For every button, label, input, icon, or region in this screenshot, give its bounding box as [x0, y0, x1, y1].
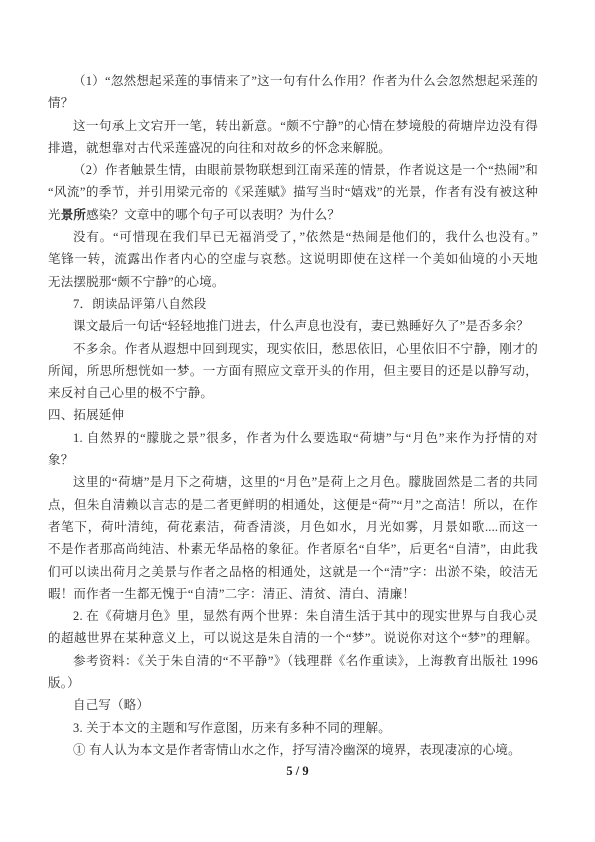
text-line: 版。）	[48, 672, 538, 694]
text-segment: 感染？文章中的哪个句子可以表明？为什么？	[86, 208, 340, 222]
page-number: 5 / 9	[0, 760, 595, 782]
section-heading: 四、拓展延伸	[48, 404, 538, 426]
text-line: 这一句承上文宕开一笔，转出新意。“颇不宁静”的心情在梦境般的荷塘岸边没有得到	[48, 115, 538, 137]
text-line: 笔锋一转，流露出作者内心的空虚与哀愁。这说明即使在这样一个美如仙境的小天地里，仍	[48, 248, 538, 270]
text-line: 们可以读出荷月之美景与作者之品格的相通处，这就是一个“清”字：出淤不染，皎洁无	[48, 561, 538, 583]
text-line: 不是作者那高尚纯洁、朴素无华品格的象征。作者原名“自华”，后更名“自清”，由此我	[48, 538, 538, 560]
text-line: 来反衬自己心里的极不宁静。	[48, 382, 538, 404]
text-line: 自己写（略）	[48, 694, 538, 716]
text-line: 象？	[48, 449, 538, 471]
text-line: 点，但朱自清赖以言志的是二者更鲜明的相通处，这便是“荷”“月”之高洁！所以，在作	[48, 494, 538, 516]
text-segment-bold: 景所	[61, 208, 86, 222]
text-line: 不多余。作者从遐想中回到现实，现实依旧，愁思依旧，心里依旧不宁静，刚才的所见	[48, 338, 538, 360]
text-line: 情？	[48, 92, 538, 114]
text-line: 的超越世界在某种意义上，可以说这是朱自清的一个“梦”。说说你对这个“梦”的理解。	[48, 627, 538, 649]
text-segment: 光	[48, 208, 61, 222]
text-line: 排遣，就想靠对古代采莲盛况的向往和对故乡的怀念来解脱。	[48, 137, 538, 159]
text-line: 这里的“荷塘”是月下之荷塘，这里的“月色”是荷上之月色。朦胧固然是二者的共同	[48, 471, 538, 493]
text-line: 者笔下，荷叶清纯，荷花素洁，荷香清淡，月色如水，月光如雾，月景如歌....而这一…	[48, 516, 538, 538]
text-line: 没有。“可惜现在我们早已无福消受了，”依然是“热闹是他们的，我什么也没有。”	[48, 226, 538, 248]
text-line: 参考资料：《关于朱自清的“不平静”》（钱理群《名作重读》，上海教育出版社 199…	[48, 650, 538, 672]
document-body: （1）“忽然想起采莲的事情来了”这一句有什么作用？作者为什么会忽然想起采莲的事 …	[48, 70, 538, 761]
text-line: 3. 关于本文的主题和写作意图，历来有多种不同的理解。	[48, 717, 538, 739]
text-line: （2）作者触景生情，由眼前景物联想到江南采莲的情景，作者说这是一个“热闹”和	[48, 159, 538, 181]
text-line: 光景所感染？文章中的哪个句子可以表明？为什么？	[48, 204, 538, 226]
text-line: ① 有人认为本文是作者寄情山水之作，抒写清冷幽深的境界，表现凄凉的心境。	[48, 739, 538, 761]
text-line: 课文最后一句话“轻轻地推门进去，什么声息也没有，妻已熟睡好久了”是否多余？	[48, 315, 538, 337]
text-line: “风流”的季节，并引用梁元帝的《采莲赋》描写当时“嬉戏”的光景，作者有没有被这种	[48, 181, 538, 203]
text-line: （1）“忽然想起采莲的事情来了”这一句有什么作用？作者为什么会忽然想起采莲的事	[48, 70, 538, 92]
text-line: 无法摆脱那“颇不宁静”的心境。	[48, 271, 538, 293]
document-page: （1）“忽然想起采莲的事情来了”这一句有什么作用？作者为什么会忽然想起采莲的事 …	[0, 0, 595, 842]
text-line: 所闻，所思所想恍如一梦。一方面有照应文章开头的作用，但主要目的还是以静写动，以静	[48, 360, 538, 382]
text-line: 1. 自然界的“朦胧之景”很多，作者为什么要选取“荷塘”与“月色”来作为抒情的对	[48, 427, 538, 449]
text-line-heading: 7．朗读品评第八自然段	[48, 293, 538, 315]
text-line: 暇！而作者一生都无愧于“自清”二字：清正、清贫、清白、清廉！	[48, 583, 538, 605]
text-line: 2. 在《荷塘月色》里，显然有两个世界：朱自清生活于其中的现实世界与自我心灵升华	[48, 605, 538, 627]
